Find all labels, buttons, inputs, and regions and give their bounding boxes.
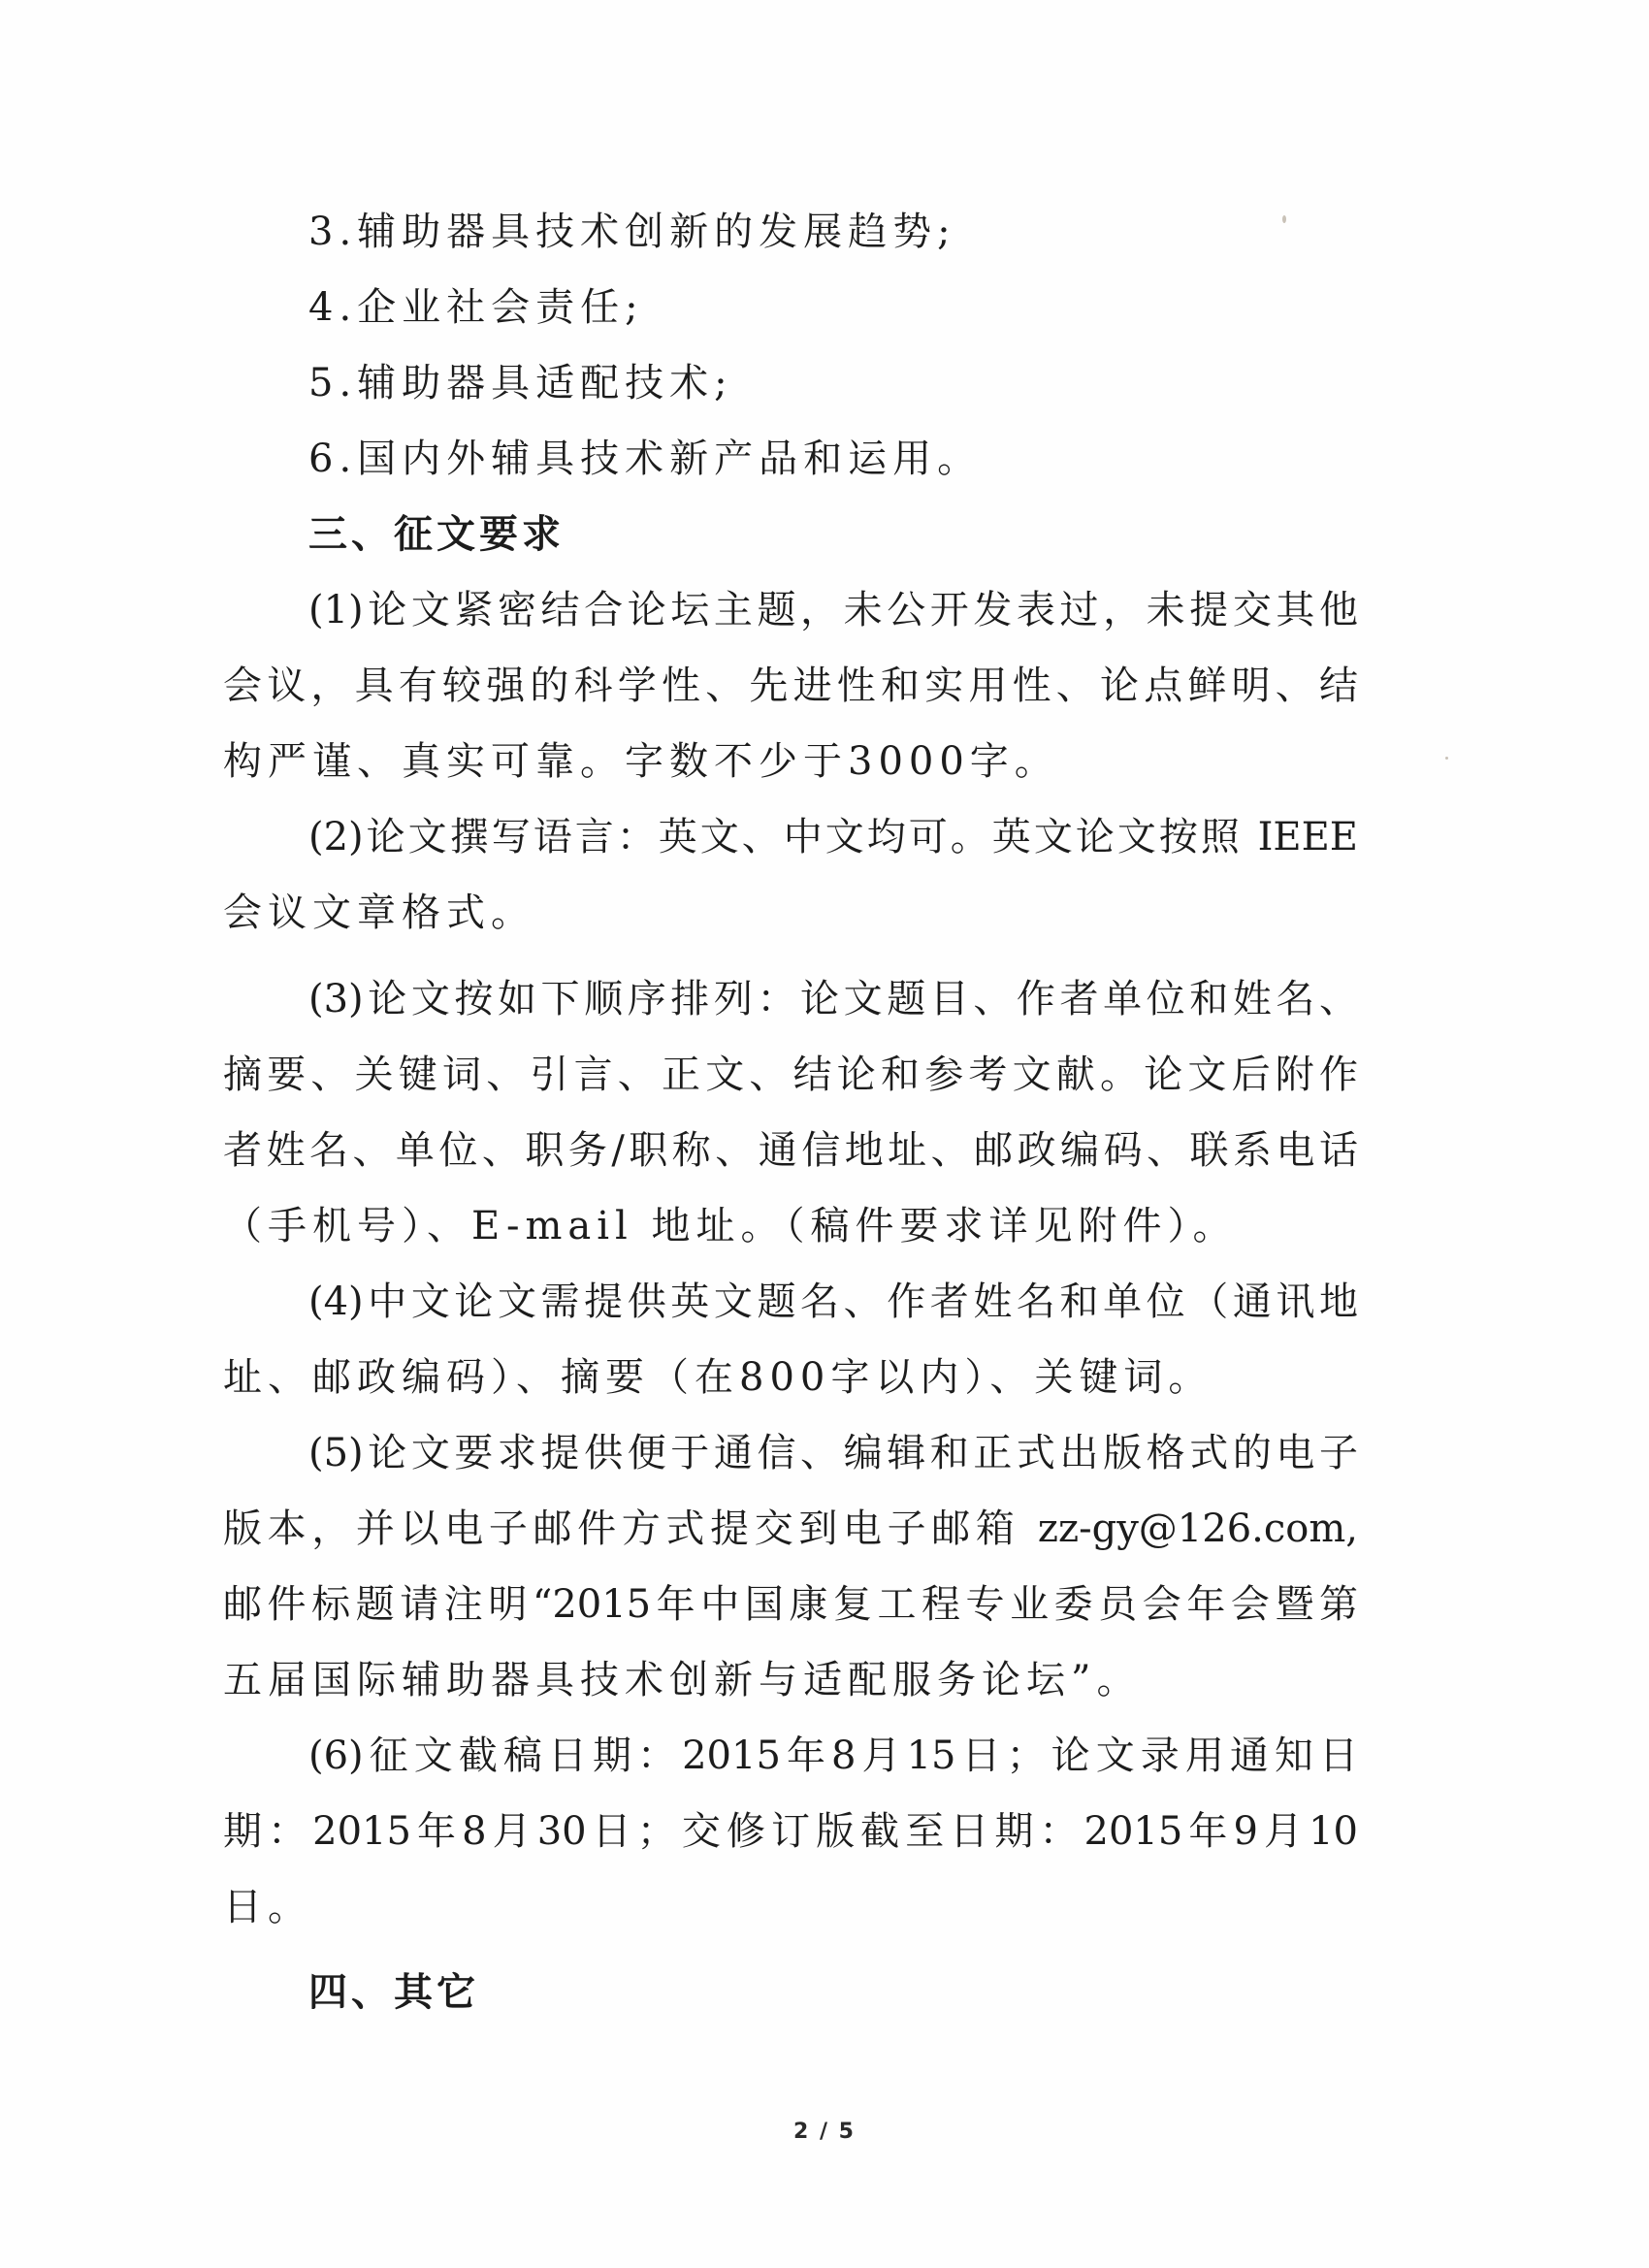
paragraph-2-line-1: (2)论文撰写语言：英文、中文均可。英文论文按照 IEEE xyxy=(308,814,1358,860)
paragraph-6-line-1: (6)征文截稿日期：2015年8月15日；论文录用通知日 xyxy=(308,1733,1358,1779)
scan-speck xyxy=(1445,757,1448,760)
paragraph-4-line-2: 址、邮政编码）、摘要（在800字以内）、关键词。 xyxy=(223,1354,1212,1401)
list-item-5: 5.辅助器具适配技术; xyxy=(308,360,733,406)
paragraph-6-line-3: 日。 xyxy=(223,1884,312,1930)
paragraph-4-line-1: (4)中文论文需提供英文题名、作者姓名和单位（通讯地 xyxy=(308,1279,1358,1325)
section-heading-other: 四、其它 xyxy=(308,1969,479,2016)
document-page: 3.辅助器具技术创新的发展趋势; 4.企业社会责任; 5.辅助器具适配技术; 6… xyxy=(0,0,1649,2268)
paragraph-3-line-3: 者姓名、单位、职务/职称、通信地址、邮政编码、联系电话 xyxy=(223,1127,1358,1174)
page-number: 2 / 5 xyxy=(0,2120,1649,2144)
paragraph-5-line-2: 版本，并以电子邮件方式提交到电子邮箱 zz-gy@126.com, xyxy=(223,1506,1358,1552)
paragraph-1-line-2: 会议，具有较强的科学性、先进性和实用性、论点鲜明、结 xyxy=(223,663,1358,709)
paragraph-5-line-1: (5)论文要求提供便于通信、编辑和正式出版格式的电子 xyxy=(308,1430,1358,1476)
list-item-6: 6.国内外辅具技术新产品和运用。 xyxy=(308,436,982,482)
paragraph-3-line-2: 摘要、关键词、引言、正文、结论和参考文献。论文后附作 xyxy=(223,1052,1358,1098)
list-item-4: 4.企业社会责任; xyxy=(308,284,644,331)
paragraph-3-line-1: (3)论文按如下顺序排列：论文题目、作者单位和姓名、 xyxy=(308,976,1358,1022)
section-heading-requirements: 三、征文要求 xyxy=(308,511,565,558)
paragraph-5-line-4: 五届国际辅助器具技术创新与适配服务论坛”。 xyxy=(223,1657,1141,1703)
list-item-3: 3.辅助器具技术创新的发展趋势; xyxy=(308,209,956,255)
paragraph-2-line-2: 会议文章格式。 xyxy=(223,890,535,936)
scan-speck xyxy=(1282,215,1286,223)
paragraph-5-line-3: 邮件标题请注明“2015年中国康复工程专业委员会年会暨第 xyxy=(223,1581,1358,1628)
paragraph-1-line-1: (1)论文紧密结合论坛主题，未公开发表过，未提交其他 xyxy=(308,587,1358,633)
paragraph-3-line-4: （手机号）、E-mail 地址。（稿件要求详见附件）。 xyxy=(223,1203,1238,1249)
paragraph-6-line-2: 期：2015年8月30日；交修订版截至日期：2015年9月10 xyxy=(223,1808,1358,1855)
paragraph-1-line-3: 构严谨、真实可靠。字数不少于3000字。 xyxy=(223,738,1059,785)
